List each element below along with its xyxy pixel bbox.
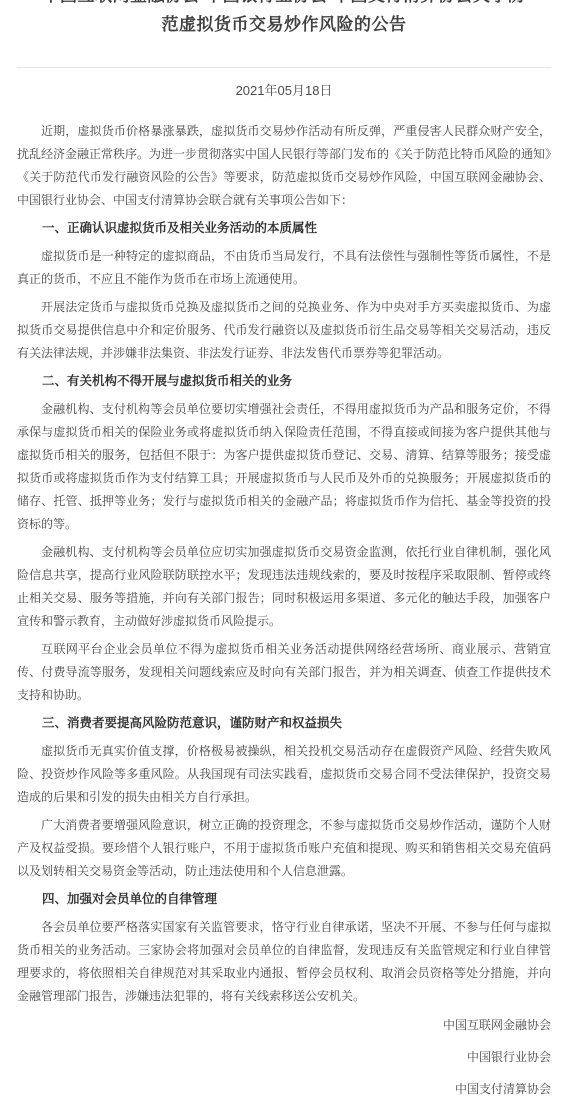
section-2-heading: 二、有关机构不得开展与虚拟货币相关的业务 xyxy=(17,370,551,393)
page-title-line-1: 中国互联网金融协会 中国银行业协会 中国支付清算协会关于防 xyxy=(17,0,551,10)
section-2-paragraph-1: 金融机构、支付机构等会员单位要切实增强社会责任，不得用虚拟货币为产品和服务定价，… xyxy=(17,398,551,536)
section-1-paragraph-1: 虚拟货币是一种特定的虚拟商品，不由货币当局发行，不具有法偿性与强制性等货币属性，… xyxy=(17,245,551,291)
signature-line-1: 中国互联网金融协会 xyxy=(17,1014,551,1037)
section-3-paragraph-1: 虚拟货币无真实价值支撑，价格极易被操纵，相关投机交易活动存在虚假资产风险、经营失… xyxy=(17,740,551,809)
page-title-line-2: 范虚拟货币交易炒作风险的公告 xyxy=(17,10,551,39)
section-4-heading: 四、加强对会员单位的自律管理 xyxy=(17,888,551,911)
section-3-heading: 三、消费者要提高风险防范意识，谨防财产和权益损失 xyxy=(17,712,551,735)
signature-block: 中国互联网金融协会 中国银行业协会 中国支付清算协会 xyxy=(17,1014,551,1097)
announcement-article: 中国互联网金融协会 中国银行业协会 中国支付清算协会关于防 范虚拟货币交易炒作风… xyxy=(0,0,568,1097)
section-4-paragraph-1: 各会员单位要严格落实国家有关监管要求，恪守行业自律承诺，坚决不开展、不参与任何与… xyxy=(17,916,551,1008)
header-divider xyxy=(17,67,551,68)
signature-line-2: 中国银行业协会 xyxy=(17,1046,551,1069)
section-2-paragraph-3: 互联网平台企业会员单位不得为虚拟货币相关业务活动提供网络经营场所、商业展示、营销… xyxy=(17,638,551,707)
intro-paragraph: 近期，虚拟货币价格暴涨暴跌，虚拟货币交易炒作活动有所反弹，严重侵害人民群众财产安… xyxy=(17,120,551,212)
announcement-body: 近期，虚拟货币价格暴涨暴跌，虚拟货币交易炒作活动有所反弹，严重侵害人民群众财产安… xyxy=(17,120,551,1097)
page-title: 中国互联网金融协会 中国银行业协会 中国支付清算协会关于防 范虚拟货币交易炒作风… xyxy=(17,0,551,39)
signature-line-3: 中国支付清算协会 xyxy=(17,1078,551,1097)
section-3-paragraph-2: 广大消费者要增强风险意识，树立正确的投资理念，不参与虚拟货币交易炒作活动，谨防个… xyxy=(17,814,551,883)
publish-date: 2021年05月18日 xyxy=(17,81,551,100)
section-1-heading: 一、正确认识虚拟货币及相关业务活动的本质属性 xyxy=(17,217,551,240)
section-1-paragraph-2: 开展法定货币与虚拟货币兑换及虚拟货币之间的兑换业务、作为中央对手方买卖虚拟货币、… xyxy=(17,296,551,365)
section-2-paragraph-2: 金融机构、支付机构等会员单位应切实加强虚拟货币交易资金监测，依托行业自律机制，强… xyxy=(17,541,551,633)
